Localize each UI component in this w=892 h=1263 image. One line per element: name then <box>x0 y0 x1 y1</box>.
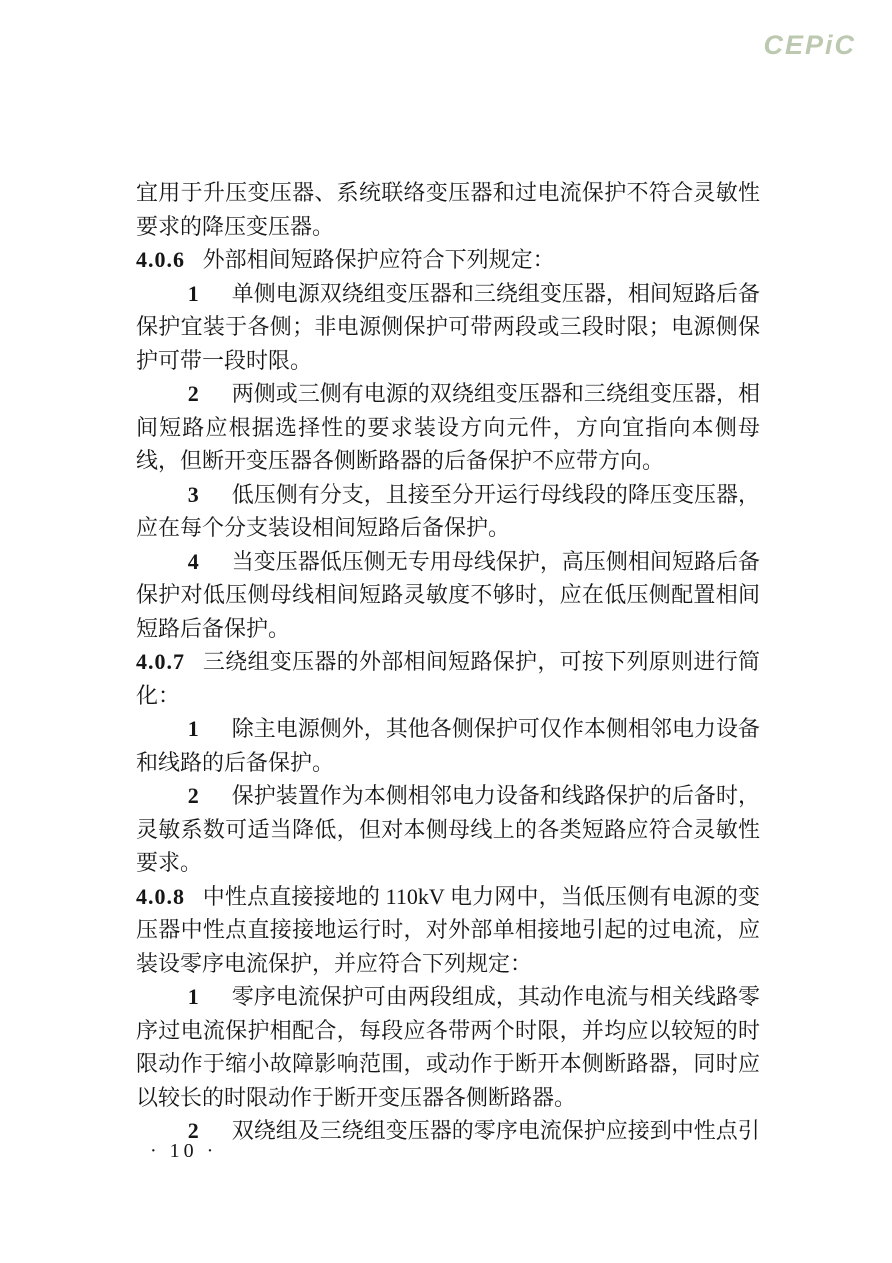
scanned-document-page: CEPiC 宜用于升压变压器、系统联络变压器和过电流保护不符合灵敏性要求的降压变… <box>0 0 892 1263</box>
section-text: 外部相间短路保护应符合下列规定： <box>203 247 555 272</box>
item-text: 当变压器低压侧无专用母线保护，高压侧相间短路后备保护对低压侧母线相间短路灵敏度不… <box>136 549 760 641</box>
paragraph-continuation: 宜用于升压变压器、系统联络变压器和过电流保护不符合灵敏性要求的降压变压器。 <box>136 176 760 243</box>
item-4-0-6-3: 3低压侧有分支，且接至分开运行母线段的降压变压器，应在每个分支装设相间短路后备保… <box>136 478 760 545</box>
section-text: 中性点直接接地的 110kV 电力网中，当低压侧有电源的变压器中性点直接接地运行… <box>136 884 760 976</box>
paragraph-text: 宜用于升压变压器、系统联络变压器和过电流保护不符合灵敏性要求的降压变压器。 <box>136 180 760 239</box>
section-number: 4.0.8 <box>136 884 185 909</box>
section-number: 4.0.7 <box>136 649 185 674</box>
section-text: 三绕组变压器的外部相间短路保护，可按下列原则进行简化： <box>136 649 760 708</box>
item-text: 低压侧有分支，且接至分开运行母线段的降压变压器，应在每个分支装设相间短路后备保护… <box>136 482 760 541</box>
item-4-0-8-2: 2双绕组及三绕组变压器的零序电流保护应接到中性点引 <box>136 1114 760 1148</box>
page-number: · 10 · <box>150 1140 217 1163</box>
item-text: 保护装置作为本侧相邻电力设备和线路保护的后备时，灵敏系数可适当降低，但对本侧母线… <box>136 783 760 875</box>
item-4-0-7-1: 1除主电源侧外，其他各侧保护可仅作本侧相邻电力设备和线路的后备保护。 <box>136 712 760 779</box>
item-number: 4 <box>188 549 199 574</box>
item-4-0-7-2: 2保护装置作为本侧相邻电力设备和线路保护的后备时，灵敏系数可适当降低，但对本侧母… <box>136 779 760 880</box>
item-text: 除主电源侧外，其他各侧保护可仅作本侧相邻电力设备和线路的后备保护。 <box>136 716 760 775</box>
item-number: 3 <box>188 482 199 507</box>
cepic-logo: CEPiC <box>763 30 856 61</box>
item-text: 零序电流保护可由两段组成，其动作电流与相关线路零序过电流保护相配合，每段应各带两… <box>136 984 760 1110</box>
section-4-0-8: 4.0.8中性点直接接地的 110kV 电力网中，当低压侧有电源的变压器中性点直… <box>136 880 760 981</box>
item-4-0-6-4: 4当变压器低压侧无专用母线保护，高压侧相间短路后备保护对低压侧母线相间短路灵敏度… <box>136 545 760 646</box>
item-4-0-6-2: 2两侧或三侧有电源的双绕组变压器和三绕组变压器，相间短路应根据选择性的要求装设方… <box>136 377 760 478</box>
section-4-0-6: 4.0.6外部相间短路保护应符合下列规定： <box>136 243 760 277</box>
item-number: 1 <box>188 281 199 306</box>
item-number: 2 <box>188 783 199 808</box>
section-number: 4.0.6 <box>136 247 185 272</box>
item-4-0-8-1: 1零序电流保护可由两段组成，其动作电流与相关线路零序过电流保护相配合，每段应各带… <box>136 980 760 1114</box>
item-text: 单侧电源双绕组变压器和三绕组变压器，相间短路后备保护宜装于各侧；非电源侧保护可带… <box>136 281 760 373</box>
item-number: 2 <box>188 381 199 406</box>
item-number: 1 <box>188 716 199 741</box>
item-4-0-6-1: 1单侧电源双绕组变压器和三绕组变压器，相间短路后备保护宜装于各侧；非电源侧保护可… <box>136 277 760 378</box>
item-text: 两侧或三侧有电源的双绕组变压器和三绕组变压器，相间短路应根据选择性的要求装设方向… <box>136 381 760 473</box>
item-number: 1 <box>188 984 199 1009</box>
document-body: 宜用于升压变压器、系统联络变压器和过电流保护不符合灵敏性要求的降压变压器。 4.… <box>136 176 760 1148</box>
section-4-0-7: 4.0.7三绕组变压器的外部相间短路保护，可按下列原则进行简化： <box>136 645 760 712</box>
item-text: 双绕组及三绕组变压器的零序电流保护应接到中性点引 <box>232 1118 760 1143</box>
